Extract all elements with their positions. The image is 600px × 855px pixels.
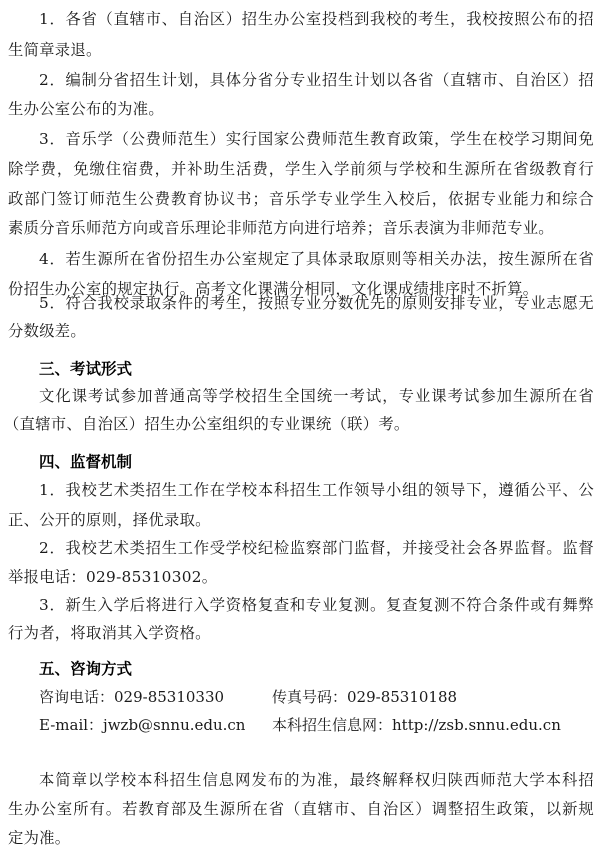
item3-line4: 素质分音乐师范方向或音乐理论非师范方向进行培养；音乐表演为非师范专业。 <box>8 218 594 238</box>
section4-item2-line1: 2．我校艺术类招生工作受学校纪检监察部门监督，并接受社会各界监督。监督 <box>39 538 594 558</box>
closing-line1: 本简章以学校本科招生信息网发布的为准，最终解释权归陕西师范大学本科招 <box>39 770 594 790</box>
item3-line3: 政部门签订师范生公费教育协议书；音乐学专业学生入校后，依据专业能力和综合 <box>8 189 594 209</box>
section4-item2-line2: 举报电话：029-85310302。 <box>8 567 594 587</box>
contact-website[interactable]: 本科招生信息网：http://zsb.snnu.edu.cn <box>272 715 561 735</box>
item4-line1: 4．若生源所在省份招生办公室规定了具体录取原则等相关办法，按生源所在省 <box>39 249 594 269</box>
contact-phone: 咨询电话：029-85310330 <box>39 687 224 707</box>
item5-line1: 5．符合我校录取条件的考生，按照专业分数优先的原则安排专业，专业志愿无 <box>39 293 594 313</box>
contact-fax: 传真号码：029-85310188 <box>272 687 457 707</box>
item3-line1: 3．音乐学（公费师范生）实行国家公费师范生教育政策，学生在校学习期间免 <box>39 129 594 149</box>
item5-line2: 分数级差。 <box>8 321 594 341</box>
item1-line1: 1．各省（直辖市、自治区）招生办公室投档到我校的考生，我校按照公布的招 <box>39 9 594 29</box>
section4-item1-line2: 正、公开的原则，择优录取。 <box>8 510 594 530</box>
closing-line2: 生办公室所有。若教育部及生源所在省（直辖市、自治区）调整招生政策，以新规 <box>8 799 594 819</box>
item2-line2: 生办公室公布的为准。 <box>8 99 594 119</box>
item2-line1: 2．编制分省招生计划，具体分省分专业招生计划以各省（直辖市、自治区）招 <box>39 70 594 90</box>
section3-line2: （直辖市、自治区）招生办公室组织的专业课统（联）考。 <box>4 414 590 434</box>
section4-item1-line1: 1．我校艺术类招生工作在学校本科招生工作领导小组的领导下，遵循公平、公 <box>39 480 594 500</box>
section4-item3-line1: 3．新生入学后将进行入学资格复查和专业复测。复查复测不符合条件或有舞弊 <box>39 595 594 615</box>
section4-item3-line2: 行为者，将取消其入学资格。 <box>8 623 594 643</box>
contact-email[interactable]: E-mail：jwzb@snnu.edu.cn <box>39 715 245 735</box>
closing-line3: 定为准。 <box>8 828 594 848</box>
section3-line1: 文化课考试参加普通高等学校招生全国统一考试，专业课考试参加生源所在省 <box>39 386 594 406</box>
section3-heading: 三、考试形式 <box>39 359 132 379</box>
item3-line2: 除学费，免缴住宿费，并补助生活费，学生入学前须与学校和生源所在省级教育行 <box>8 159 594 179</box>
item1-line2: 生简章录退。 <box>8 40 594 60</box>
section4-heading: 四、监督机制 <box>39 452 132 472</box>
section5-heading: 五、咨询方式 <box>39 659 132 679</box>
